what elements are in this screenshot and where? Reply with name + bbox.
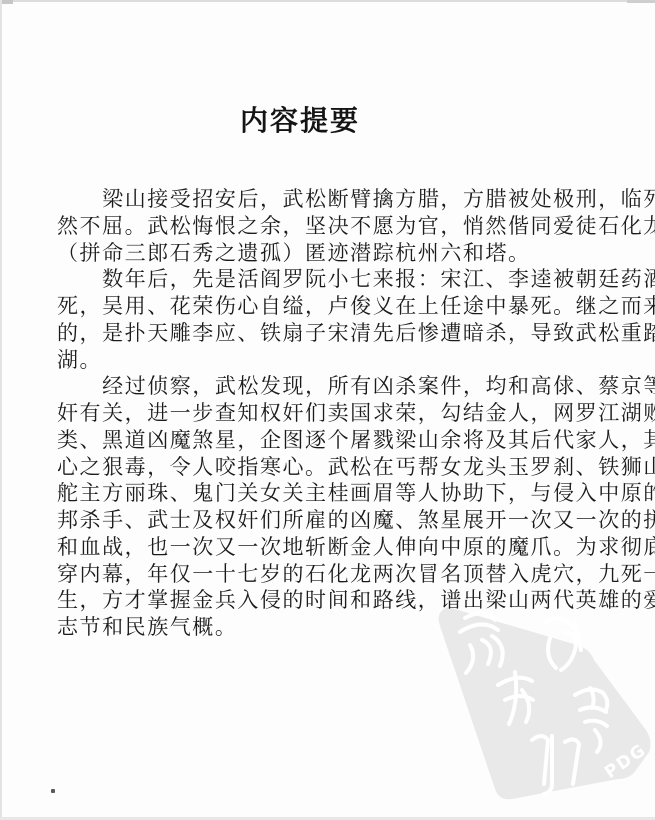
text-line: 的，是扑天雕李应、铁扇子宋清先后惨遭暗杀，导致武松重踏江 (57, 320, 617, 347)
scan-edge-left (0, 0, 2, 820)
text-line: 心之狠毒，令人咬指寒心。武松在丐帮女龙头玉罗刹、铁狮山总 (57, 454, 617, 481)
text-line: 舵主方丽珠、鬼门关女关主桂画眉等人协助下，与侵入中原的金 (57, 480, 617, 507)
body-text: 梁山接受招安后，武松断臂擒方腊，方腊被处极刑，临死凛 然不屈。武松悔恨之余，坚决… (57, 186, 617, 641)
text-line: 邦杀手、武士及权奸们所雇的凶魔、煞星展开一次又一次的拼搏 (57, 507, 617, 534)
text-line: 和血战，也一次又一次地斩断金人伸向中原的魔爪。为求彻底揭 (57, 534, 617, 561)
scan-seg-topright (627, 0, 655, 3)
text-line: 湖。 (57, 347, 617, 374)
text-line: （拼命三郎石秀之遗孤）匿迹潜踪杭州六和塔。 (57, 240, 617, 267)
text-line: 穿内幕，年仅一十七岁的石化龙两次冒名顶替入虎穴，九死一 (57, 561, 617, 588)
scan-edge-top (0, 0, 655, 2)
paragraph: 经过侦察，武松发现，所有凶杀案件，均和高俅、蔡京等权 奸有关，进一步查知权奸们卖… (57, 373, 617, 641)
paragraph: 数年后，先是活阎罗阮小七来报：宋江、李逵被朝廷药酒毒 死，吴用、花荣伤心自缢，卢… (57, 266, 617, 373)
text-line: 数年后，先是活阎罗阮小七来报：宋江、李逵被朝廷药酒毒 (57, 266, 617, 293)
text-line: 然不屈。武松悔恨之余，坚决不愿为官，悄然偕同爱徒石化龙 (57, 213, 617, 240)
paragraph: 梁山接受招安后，武松断臂擒方腊，方腊被处极刑，临死凛 然不屈。武松悔恨之余，坚决… (57, 186, 617, 266)
page-title: 内容提要 (0, 99, 600, 139)
text-line: 类、黑道凶魔煞星，企图逐个屠戮梁山余将及其后代家人，其用 (57, 427, 617, 454)
text-line: 志节和民族气概。 (57, 614, 617, 641)
text-line: 奸有关，进一步查知权奸们卖国求荣，勾结金人，网罗江湖败 (57, 400, 617, 427)
ink-speck (51, 789, 55, 793)
text-line: 梁山接受招安后，武松断臂擒方腊，方腊被处极刑，临死凛 (57, 186, 617, 213)
scanned-book-page: PDG 内容提要 梁山接受招安后，武松断臂擒方腊，方腊被处极刑，临死凛 然不屈。… (0, 0, 655, 820)
text-line: 经过侦察，武松发现，所有凶杀案件，均和高俅、蔡京等权 (57, 373, 617, 400)
text-line: 死，吴用、花荣伤心自缢，卢俊义在上任途中暴死。继之而来 (57, 293, 617, 320)
text-line: 生，方才掌握金兵入侵的时间和路线，谱出梁山两代英雄的爱国 (57, 587, 617, 614)
